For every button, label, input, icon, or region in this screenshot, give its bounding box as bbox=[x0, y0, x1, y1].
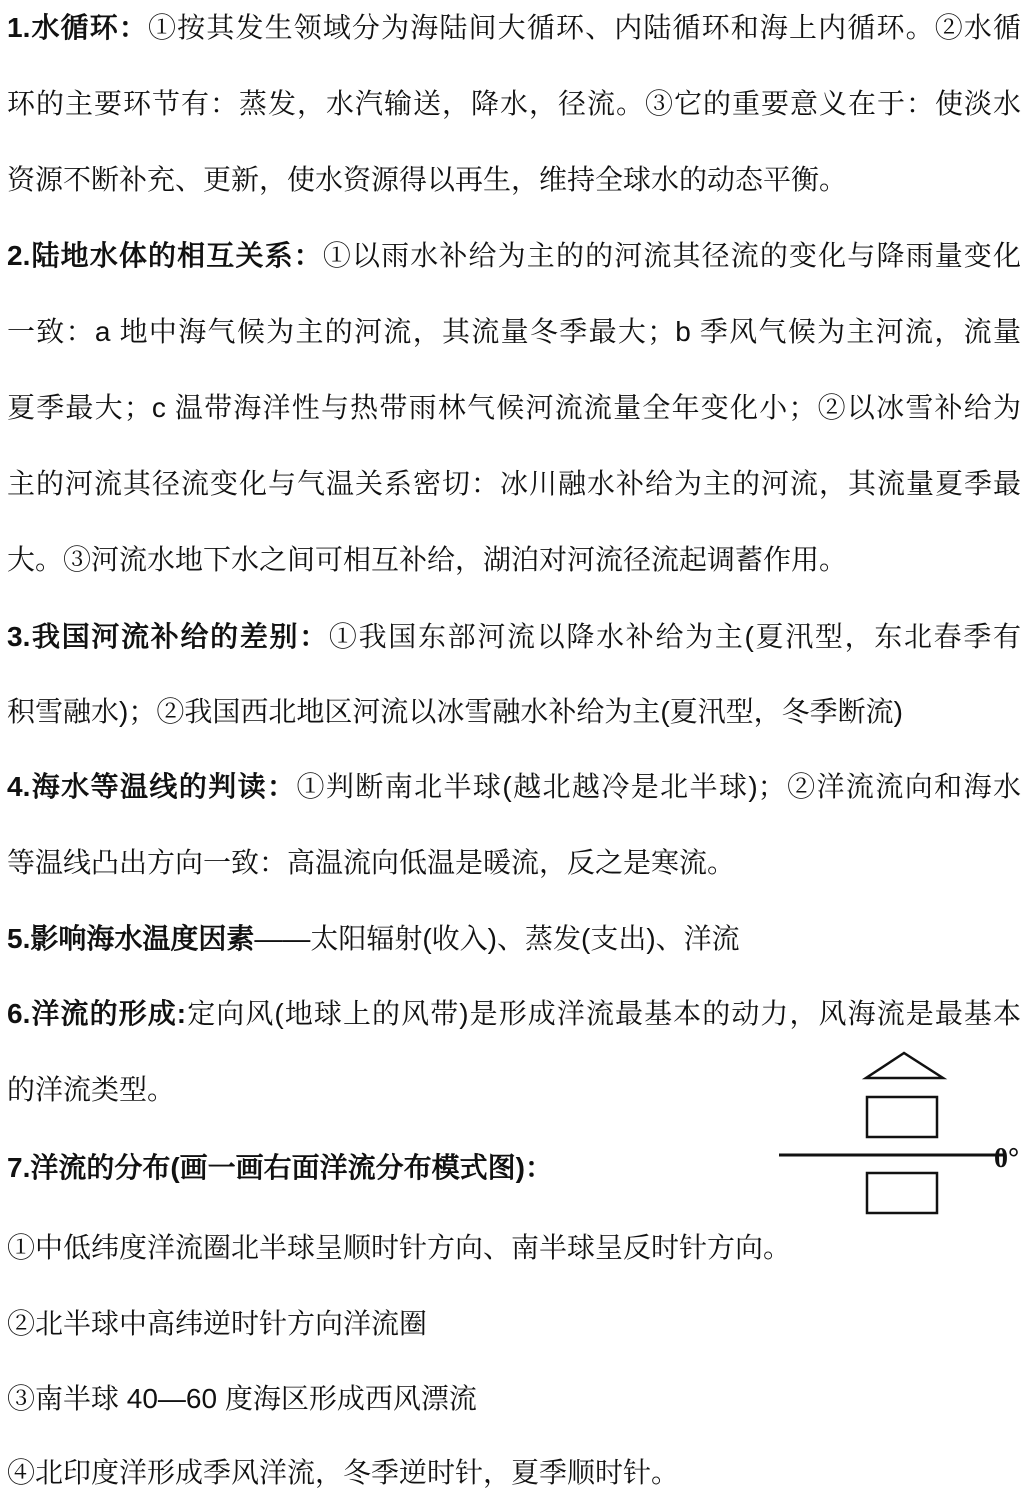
text-line: 3.我国河流补给的差别：①我国东部河流以降水补给为主(夏汛型，东北春季有 bbox=[7, 619, 1021, 655]
text-line: 资源不断补充、更新，使水资源得以再生，维持全球水的动态平衡。 bbox=[7, 162, 1021, 198]
body-text: ②北半球中高纬逆时针方向洋流圈 bbox=[7, 1308, 427, 1339]
heading-text: 1.水循环： bbox=[7, 12, 148, 43]
body-text: ①中低纬度洋流圈北半球呈顺时针方向、南半球呈反时针方向。 bbox=[7, 1232, 791, 1263]
text-line: 一致：a 地中海气候为主的河流，其流量冬季最大；b 季风气候为主河流，流量 bbox=[7, 314, 1021, 350]
body-text: ④北印度洋形成季风洋流，冬季逆时针，夏季顺时针。 bbox=[7, 1457, 679, 1488]
heading-text: 2.陆地水体的相互关系： bbox=[7, 240, 323, 271]
text-line: 1.水循环：①按其发生领域分为海陆间大循环、内陆循环和海上内循环。②水循 bbox=[7, 10, 1021, 46]
equator-label: 0° bbox=[994, 1144, 1019, 1174]
text-line: 5.影响海水温度因素——太阳辐射(收入)、蒸发(支出)、洋流 bbox=[7, 921, 1021, 957]
text-line: 积雪融水)；②我国西北地区河流以冰雪融水补给为主(夏汛型，冬季断流) bbox=[7, 694, 1021, 730]
body-text: 夏季最大；c 温带海洋性与热带雨林气候河流流量全年变化小；②以冰雪补给为 bbox=[7, 392, 1021, 423]
body-text: ①判断南北半球(越北越冷是北半球)；②洋流流向和海水 bbox=[296, 771, 1021, 802]
current-pattern-diagram bbox=[770, 1045, 1028, 1215]
body-text: 定向风(地球上的风带)是形成洋流最基本的动力，风海流是最基本 bbox=[186, 998, 1021, 1029]
text-line: 6.洋流的形成:定向风(地球上的风带)是形成洋流最基本的动力，风海流是最基本 bbox=[7, 996, 1021, 1032]
text-line: 2.陆地水体的相互关系：①以雨水补给为主的的河流其径流的变化与降雨量变化 bbox=[7, 238, 1021, 274]
body-text: 大。③河流水地下水之间可相互补给，湖泊对河流径流起调蓄作用。 bbox=[7, 544, 847, 575]
heading-text: 5.影响海水温度因素 bbox=[7, 923, 254, 954]
body-text: ①以雨水补给为主的的河流其径流的变化与降雨量变化 bbox=[323, 240, 1021, 271]
text-line: 夏季最大；c 温带海洋性与热带雨林气候河流流量全年变化小；②以冰雪补给为 bbox=[7, 390, 1021, 426]
body-text: 环的主要环节有：蒸发，水汽输送，降水，径流。③它的重要意义在于：使淡水 bbox=[7, 88, 1021, 119]
text-line: ①中低纬度洋流圈北半球呈顺时针方向、南半球呈反时针方向。 bbox=[7, 1230, 1021, 1266]
north-blank-box bbox=[867, 1097, 937, 1137]
heading-text: 6.洋流的形成: bbox=[7, 998, 186, 1029]
body-text: 等温线凸出方向一致：高温流向低温是暖流，反之是寒流。 bbox=[7, 847, 735, 878]
body-text: 一致：a 地中海气候为主的河流，其流量冬季最大；b 季风气候为主河流，流量 bbox=[7, 316, 1021, 347]
body-text: ③南半球 40—60 度海区形成西风漂流 bbox=[7, 1383, 477, 1414]
body-text: ①我国东部河流以降水补给为主(夏汛型，东北春季有 bbox=[329, 621, 1021, 652]
body-text: ——太阳辐射(收入)、蒸发(支出)、洋流 bbox=[254, 923, 739, 954]
body-text: 主的河流其径流变化与气温关系密切：冰川融水补给为主的河流，其流量夏季最 bbox=[7, 468, 1021, 499]
text-line: ②北半球中高纬逆时针方向洋流圈 bbox=[7, 1306, 1021, 1342]
body-text: 积雪融水)；②我国西北地区河流以冰雪融水补给为主(夏汛型，冬季断流) bbox=[7, 696, 903, 727]
text-line: 等温线凸出方向一致：高温流向低温是暖流，反之是寒流。 bbox=[7, 845, 1021, 881]
triangle-outline-icon bbox=[866, 1053, 943, 1078]
heading-text: 4.海水等温线的判读： bbox=[7, 771, 296, 802]
text-line: 4.海水等温线的判读：①判断南北半球(越北越冷是北半球)；②洋流流向和海水 bbox=[7, 769, 1021, 805]
document-body: 1.水循环：①按其发生领域分为海陆间大循环、内陆循环和海上内循环。②水循环的主要… bbox=[0, 0, 1028, 1492]
heading-text: 7.洋流的分布(画一画右面洋流分布模式图)： bbox=[7, 1152, 553, 1183]
text-line: 环的主要环节有：蒸发，水汽输送，降水，径流。③它的重要意义在于：使淡水 bbox=[7, 86, 1021, 122]
text-line: 主的河流其径流变化与气温关系密切：冰川融水补给为主的河流，其流量夏季最 bbox=[7, 466, 1021, 502]
text-line: ③南半球 40—60 度海区形成西风漂流 bbox=[7, 1381, 1021, 1417]
heading-text: 3.我国河流补给的差别： bbox=[7, 621, 329, 652]
text-line: 大。③河流水地下水之间可相互补给，湖泊对河流径流起调蓄作用。 bbox=[7, 542, 1021, 578]
body-text: ①按其发生领域分为海陆间大循环、内陆循环和海上内循环。②水循 bbox=[148, 12, 1021, 43]
body-text: 的洋流类型。 bbox=[7, 1074, 175, 1105]
body-text: 资源不断补充、更新，使水资源得以再生，维持全球水的动态平衡。 bbox=[7, 164, 847, 195]
south-blank-box bbox=[867, 1173, 937, 1213]
text-line: ④北印度洋形成季风洋流，冬季逆时针，夏季顺时针。 bbox=[7, 1455, 1021, 1491]
